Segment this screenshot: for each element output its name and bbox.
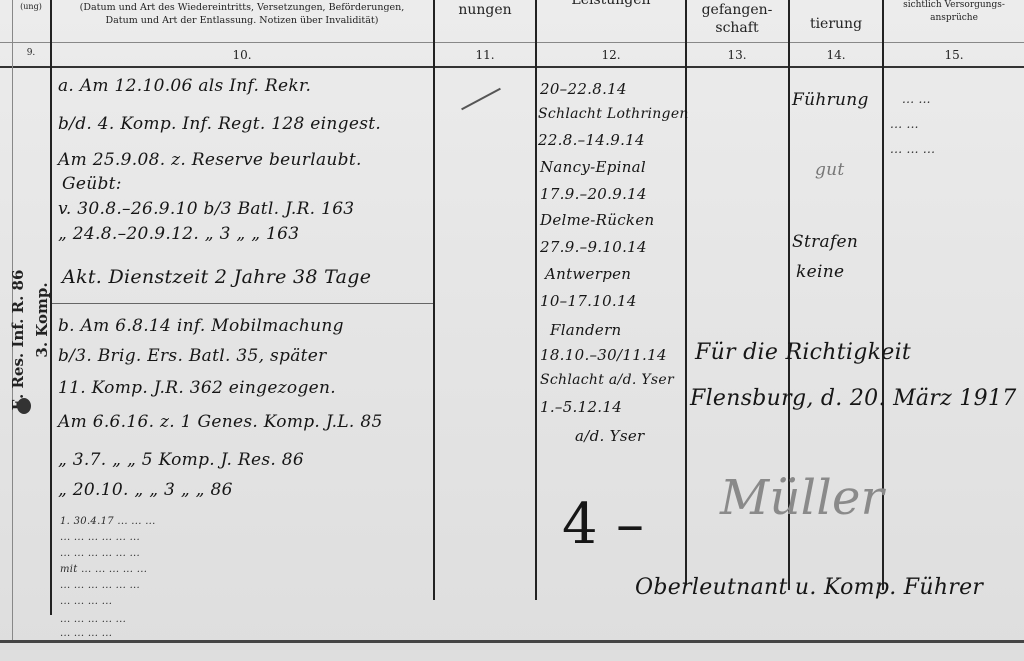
- battle-entry: 20–22.8.14: [540, 80, 627, 98]
- pension-note: ... ...: [890, 117, 919, 131]
- entry-a-line: v. 30.8.–26.9.10 b/3 Batl. J.R. 163: [58, 199, 354, 219]
- col13-header-line2: schaft: [687, 20, 787, 36]
- battle-entry: Antwerpen: [545, 265, 631, 283]
- battle-entry: 27.9.–9.10.14: [540, 238, 647, 256]
- battle-entry: Nancy-Epinal: [540, 158, 646, 176]
- entry-a-line: Geübt:: [62, 174, 122, 194]
- amount-mark: 4 –: [562, 492, 644, 557]
- note-line: mit ... ... ... ... ...: [60, 564, 147, 575]
- battle-entry: 10–17.10.14: [540, 292, 637, 310]
- col15-header-line2: ansprüche: [884, 13, 1024, 23]
- entry-a-line: b/d. 4. Komp. Inf. Regt. 128 eingest.: [58, 114, 381, 134]
- pension-note: ... ...: [902, 92, 931, 106]
- col11-header: nungen: [435, 2, 535, 18]
- note-line: ... ... ... ... ... ...: [60, 548, 140, 559]
- note-line: ... ... ... ... ...: [60, 614, 126, 625]
- battle-entry: Delme-Rücken: [540, 211, 654, 229]
- column-number-10: 10.: [52, 48, 432, 62]
- note-line: ... ... ... ... ... ...: [60, 532, 140, 543]
- penalties-value: keine: [796, 262, 844, 282]
- col14-header-line2: tierung: [790, 16, 882, 32]
- entry-a-line: „ 24.8.–20.9.12. „ 3 „ „ 163: [58, 224, 299, 244]
- entry-b-line: Am 6.6.16. z. 1 Genes. Komp. J.L. 85: [58, 412, 383, 432]
- signer-rank: Oberleutnant u. Komp. Führer: [635, 575, 983, 600]
- battle-entry: 22.8.–14.9.14: [538, 131, 645, 149]
- header-divider: [0, 42, 1024, 43]
- battle-entry: Flandern: [550, 321, 622, 339]
- battle-entry: 17.9.–20.9.14: [540, 185, 647, 203]
- col12-header: Leistungen: [537, 0, 685, 8]
- entry-a-line: Akt. Dienstzeit 2 Jahre 38 Tage: [62, 266, 371, 288]
- conduct-value: gut: [815, 160, 845, 180]
- note-line: ... ... ... ... ... ...: [60, 580, 140, 591]
- entry-b-line: „ 3.7. „ „ 5 Komp. J. Res. 86: [58, 450, 304, 470]
- section-divider-a-b: [52, 303, 434, 304]
- certification-place-date: Flensburg, d. 20. März 1917: [690, 386, 1017, 411]
- battle-entry: 18.10.–30/11.14: [540, 346, 667, 364]
- col13-left-border: [685, 0, 687, 585]
- stamp-text-line2: 3. Komp.: [33, 282, 51, 357]
- col11-left-border: [433, 0, 435, 600]
- entry-b-line: „ 20.10. „ „ 3 „ „ 86: [58, 480, 233, 500]
- battle-entry: Schlacht a/d. Yser: [540, 372, 674, 388]
- battle-entry: Schlacht Lothringen: [538, 106, 689, 122]
- penalties-label: Strafen: [792, 232, 858, 252]
- entry-a-line: Am 25.9.08. z. Reserve beurlaubt.: [58, 150, 362, 170]
- column-number-13: 13.: [687, 48, 787, 62]
- col12-left-border: [535, 0, 537, 600]
- col10-header-line1: (Datum und Art des Wiedereintritts, Vers…: [52, 2, 432, 13]
- strike-mark: [461, 88, 501, 110]
- note-line: ... ... ... ...: [60, 596, 112, 607]
- bottom-edge: [0, 640, 1024, 643]
- col9-header: (ung): [14, 2, 48, 11]
- column-number-15: 15.: [884, 48, 1024, 62]
- entry-b-line: b/3. Brig. Ers. Batl. 35, später: [58, 346, 327, 366]
- entry-b-line: 11. Komp. J.R. 362 eingezogen.: [58, 378, 336, 398]
- conduct-label: Führung: [792, 90, 869, 110]
- column-number-9: 9.: [14, 48, 48, 58]
- column-number-14: 14.: [790, 48, 882, 62]
- battle-entry: a/d. Yser: [575, 427, 644, 445]
- entry-b-line: b. Am 6.8.14 inf. Mobilmachung: [58, 316, 344, 336]
- ink-blot: [17, 398, 31, 414]
- column-number-11: 11.: [435, 48, 535, 62]
- note-line: ... ... ... ...: [60, 628, 112, 639]
- column-number-12: 12.: [537, 48, 685, 62]
- entry-a-line: a. Am 12.10.06 als Inf. Rekr.: [58, 76, 311, 96]
- signature: Müller: [720, 470, 884, 526]
- col15-header-line1: sichtlich Versorgungs-: [884, 0, 1024, 10]
- col13-header-line1: gefangen-: [687, 2, 787, 18]
- certification-line1: Für die Richtigkeit: [695, 340, 911, 365]
- pension-note: ... ... ...: [890, 142, 935, 156]
- col10-header-line2: Datum und Art der Entlassung. Notizen üb…: [52, 15, 432, 26]
- record-sheet: (ung) (Datum und Art des Wiedereintritts…: [0, 0, 1024, 661]
- battle-entry: 1.–5.12.14: [540, 398, 622, 416]
- column-number-divider: [0, 66, 1024, 68]
- note-line: 1. 30.4.17 ... ... ...: [60, 516, 156, 527]
